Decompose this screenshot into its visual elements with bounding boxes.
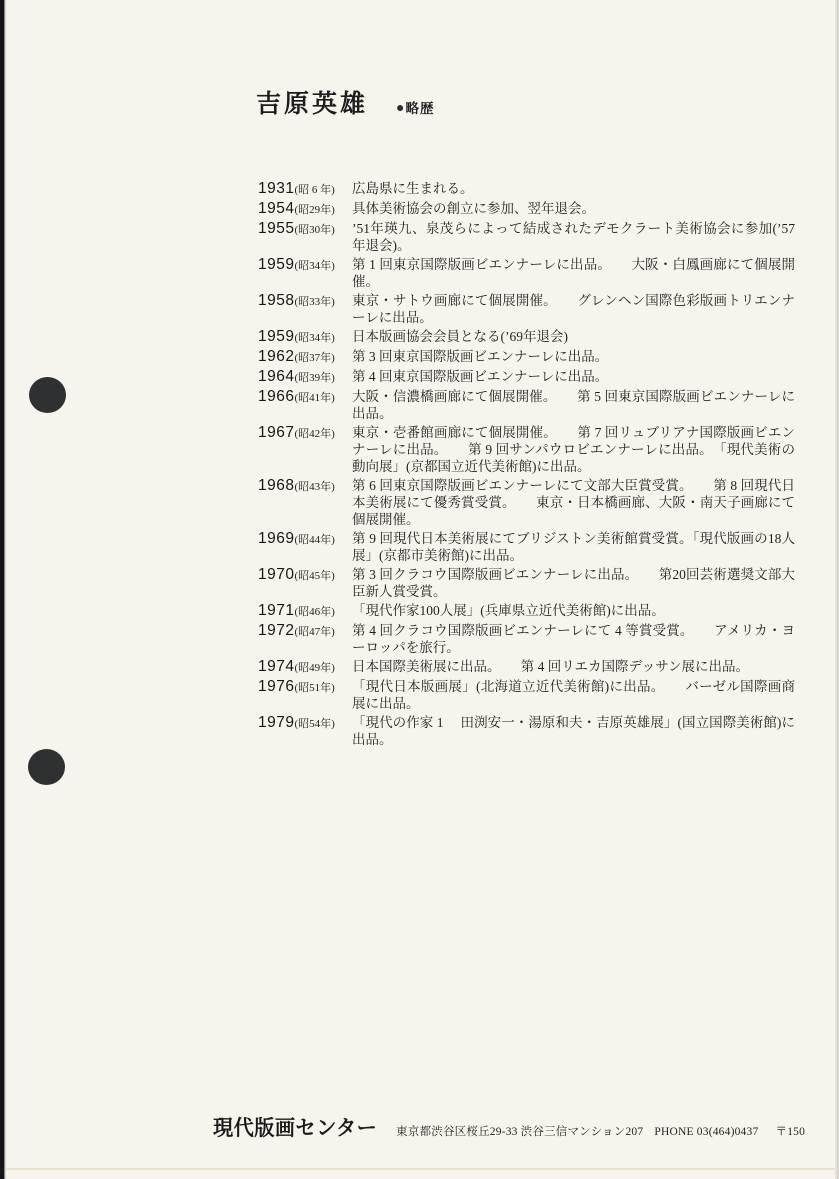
subtitle-label: 略歴: [405, 97, 434, 117]
chronology-entry: 1954(昭29年)具体美術協会の創立に参加、翌年退会。: [258, 200, 795, 218]
publisher-address: 東京都渋谷区桜丘29-33 渋谷三信マンション207: [396, 1126, 643, 1138]
entry-year: 1967: [258, 424, 294, 441]
chronology-entry: 1976(昭51年)「現代日本版画展」(北海道立近代美術館)に出品。 バーゼル国…: [258, 678, 795, 712]
entry-year-cell: 1970(昭45年): [258, 566, 352, 600]
entry-era-label: (昭41年): [294, 392, 334, 404]
entry-era-label: (昭34年): [294, 332, 334, 344]
entry-year-cell: 1955(昭30年): [258, 220, 352, 254]
entry-year-cell: 1966(昭41年): [258, 388, 352, 422]
chronology-entry: 1958(昭33年)東京・サトウ画廊にて個展開催。 グレンヘン国際色彩版画トリエ…: [258, 292, 795, 326]
entry-year: 1972: [258, 622, 294, 639]
chronology-entry: 1974(昭49年)日本国際美術展に出品。 第 4 回リエカ国際デッサン展に出品…: [258, 658, 795, 676]
entry-year: 1959: [258, 256, 294, 273]
entry-year: 1971: [258, 602, 294, 619]
entry-description: 具体美術協会の創立に参加、翌年退会。: [352, 200, 795, 218]
chronology-entry: 1979(昭54年)「現代の作家 1 田渕安一・湯原和夫・吉原英雄展」(国立国際…: [258, 714, 795, 748]
entry-year: 1979: [258, 714, 294, 731]
entry-year-cell: 1968(昭43年): [258, 477, 352, 528]
entry-year-cell: 1967(昭42年): [258, 424, 352, 475]
entry-description: 第 9 回現代日本美術展にてブリジストン美術館賞受賞。「現代版画の18人展」(京…: [352, 530, 795, 564]
entry-era-label: (昭37年): [294, 352, 334, 364]
entry-description: 広島県に生まれる。: [352, 180, 795, 198]
scan-edge-bottom: [6, 1168, 835, 1170]
scanned-page: { "page": { "title": "吉原英雄", "subtitle_b…: [0, 0, 839, 1179]
entry-description: 東京・壱番館画廊にて個展開催。 第 7 回リュブリアナ国際版画ビエンナーレに出品…: [352, 424, 795, 475]
entry-year: 1954: [258, 200, 294, 217]
entry-year-cell: 1962(昭37年): [258, 348, 352, 366]
entry-era-label: (昭33年): [294, 296, 334, 308]
entry-description: 東京・サトウ画廊にて個展開催。 グレンヘン国際色彩版画トリエンナーレに出品。: [352, 292, 795, 326]
entry-year: 1959: [258, 328, 294, 345]
chronology-entry: 1962(昭37年)第 3 回東京国際版画ビエンナーレに出品。: [258, 348, 795, 366]
entry-year: 1966: [258, 388, 294, 405]
entry-year-cell: 1972(昭47年): [258, 622, 352, 656]
entry-era-label: (昭45年): [294, 570, 334, 582]
entry-era-label: (昭44年): [294, 534, 334, 546]
hole-punch-dot: [28, 749, 65, 785]
artist-name-title: 吉原英雄: [256, 84, 368, 120]
entry-year: 1974: [258, 658, 294, 675]
entry-description: 「現代の作家 1 田渕安一・湯原和夫・吉原英雄展」(国立国際美術館)に出品。: [352, 714, 795, 748]
entry-year-cell: 1954(昭29年): [258, 200, 352, 218]
page-header: 吉原英雄 ● 略歴: [256, 84, 434, 120]
entry-description: ’51年瑛九、泉茂らによって結成されたデモクラート美術協会に参加(’57年退会)…: [352, 220, 795, 254]
chronology-entry: 1968(昭43年)第 6 回東京国際版画ビエンナーレにて文部大臣賞受賞。 第 …: [258, 477, 795, 528]
entry-era-label: (昭34年): [294, 260, 334, 272]
scan-edge-left: [0, 0, 6, 1179]
entry-description: 日本版画協会会員となる(’69年退会): [352, 328, 795, 346]
entry-year-cell: 1971(昭46年): [258, 602, 352, 620]
chronology-list: 1931(昭 6 年)広島県に生まれる。1954(昭29年)具体美術協会の創立に…: [258, 180, 795, 750]
entry-era-label: (昭43年): [294, 481, 334, 493]
chronology-entry: 1967(昭42年)東京・壱番館画廊にて個展開催。 第 7 回リュブリアナ国際版…: [258, 424, 795, 475]
entry-era-label: (昭 6 年): [294, 184, 334, 196]
publisher-postal-code: 〒150: [776, 1126, 806, 1138]
entry-year: 1976: [258, 678, 294, 695]
entry-year: 1969: [258, 530, 294, 547]
chronology-entry: 1966(昭41年)大阪・信濃橋画廊にて個展開催。 第 5 回東京国際版画ビエン…: [258, 388, 795, 422]
entry-description: 第 1 回東京国際版画ビエンナーレに出品。 大阪・白鳳画廊にて個展開催。: [352, 256, 795, 290]
chronology-entry: 1931(昭 6 年)広島県に生まれる。: [258, 180, 795, 198]
chronology-entry: 1955(昭30年)’51年瑛九、泉茂らによって結成されたデモクラート美術協会に…: [258, 220, 795, 254]
entry-year-cell: 1969(昭44年): [258, 530, 352, 564]
entry-era-label: (昭49年): [294, 662, 334, 674]
entry-description: 第 6 回東京国際版画ビエンナーレにて文部大臣賞受賞。 第 8 回現代日本美術展…: [352, 477, 795, 528]
entry-year-cell: 1964(昭39年): [258, 368, 352, 386]
entry-description: 大阪・信濃橋画廊にて個展開催。 第 5 回東京国際版画ビエンナーレに出品。: [352, 388, 795, 422]
chronology-entry: 1964(昭39年)第 4 回東京国際版画ビエンナーレに出品。: [258, 368, 795, 386]
entry-description: 「現代日本版画展」(北海道立近代美術館)に出品。 バーゼル国際画商展に出品。: [352, 678, 795, 712]
publisher-phone: PHONE 03(464)0437: [654, 1126, 758, 1138]
entry-era-label: (昭42年): [294, 428, 334, 440]
hole-punch-dot: [29, 377, 66, 413]
entry-era-label: (昭47年): [294, 626, 334, 638]
entry-era-label: (昭39年): [294, 372, 334, 384]
entry-year-cell: 1979(昭54年): [258, 714, 352, 748]
entry-year: 1962: [258, 348, 294, 365]
entry-era-label: (昭51年): [294, 682, 334, 694]
publisher-footer: 現代版画センター 東京都渋谷区桜丘29-33 渋谷三信マンション207 PHON…: [213, 1112, 813, 1142]
entry-year-cell: 1976(昭51年): [258, 678, 352, 712]
entry-year-cell: 1959(昭34年): [258, 328, 352, 346]
chronology-entry: 1959(昭34年)日本版画協会会員となる(’69年退会): [258, 328, 795, 346]
entry-era-label: (昭54年): [294, 718, 334, 730]
entry-description: 第 3 回クラコウ国際版画ビエンナーレに出品。 第20回芸術選奨文部大臣新人賞受…: [352, 566, 795, 600]
bullet-icon: ●: [396, 99, 404, 115]
chronology-entry: 1970(昭45年)第 3 回クラコウ国際版画ビエンナーレに出品。 第20回芸術…: [258, 566, 795, 600]
entry-description: 第 3 回東京国際版画ビエンナーレに出品。: [352, 348, 795, 366]
entry-year-cell: 1974(昭49年): [258, 658, 352, 676]
chronology-entry: 1971(昭46年)「現代作家100人展」(兵庫県立近代美術館)に出品。: [258, 602, 795, 620]
publisher-contact: 東京都渋谷区桜丘29-33 渋谷三信マンション207 PHONE 03(464)…: [396, 1123, 813, 1139]
publisher-name: 現代版画センター: [213, 1112, 377, 1142]
entry-era-label: (昭29年): [294, 204, 334, 216]
entry-era-label: (昭46年): [294, 606, 334, 618]
chronology-entry: 1959(昭34年)第 1 回東京国際版画ビエンナーレに出品。 大阪・白鳳画廊に…: [258, 256, 795, 290]
entry-year: 1958: [258, 292, 294, 309]
scan-edge-right: [835, 0, 839, 1179]
entry-year-cell: 1958(昭33年): [258, 292, 352, 326]
entry-year: 1968: [258, 477, 294, 494]
entry-year-cell: 1931(昭 6 年): [258, 180, 352, 198]
entry-era-label: (昭30年): [294, 224, 334, 236]
chronology-entry: 1969(昭44年)第 9 回現代日本美術展にてブリジストン美術館賞受賞。「現代…: [258, 530, 795, 564]
biography-subtitle: ● 略歴: [396, 97, 434, 117]
chronology-entry: 1972(昭47年)第 4 回クラコウ国際版画ビエンナーレにて 4 等賞受賞。 …: [258, 622, 795, 656]
entry-year: 1931: [258, 180, 294, 197]
entry-year-cell: 1959(昭34年): [258, 256, 352, 290]
entry-year: 1964: [258, 368, 294, 385]
entry-year: 1955: [258, 220, 294, 237]
entry-description: 「現代作家100人展」(兵庫県立近代美術館)に出品。: [352, 602, 795, 620]
entry-description: 第 4 回クラコウ国際版画ビエンナーレにて 4 等賞受賞。 アメリカ・ヨーロッパ…: [352, 622, 795, 656]
entry-description: 第 4 回東京国際版画ビエンナーレに出品。: [352, 368, 795, 386]
entry-description: 日本国際美術展に出品。 第 4 回リエカ国際デッサン展に出品。: [352, 658, 795, 676]
entry-year: 1970: [258, 566, 294, 583]
